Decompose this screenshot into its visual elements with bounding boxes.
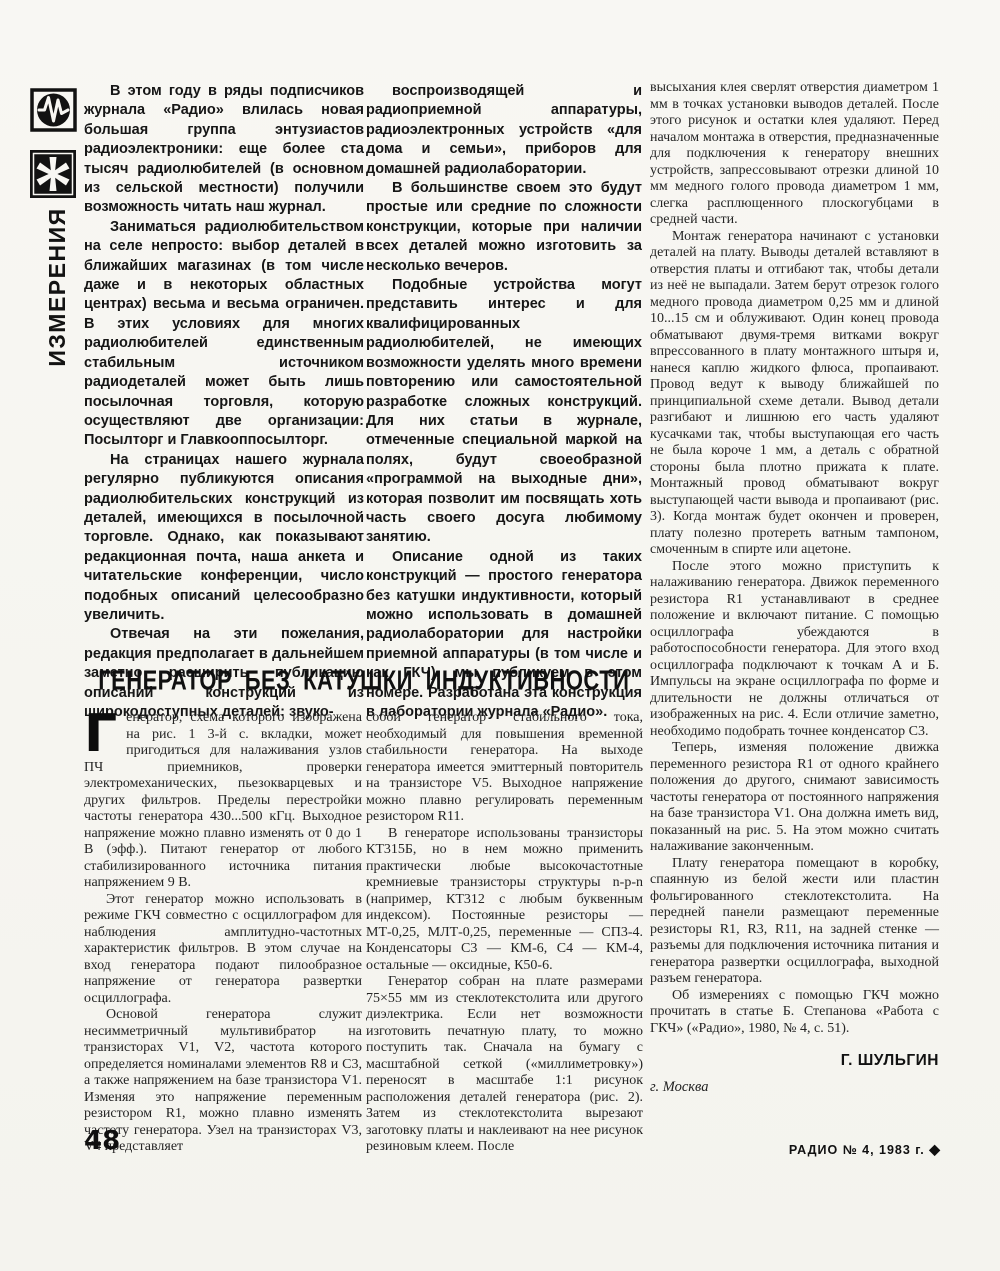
page-number: 48 [84,1126,120,1156]
paragraph: В генераторе использованы транзисторы КТ… [366,826,643,975]
paragraph: Заниматься радиолюбительством на селе не… [84,218,364,451]
intro-column-2: воспроизводящей и радиоприемной аппарату… [366,82,642,722]
magazine-page: ИЗМЕРЕНИЯ В этом году в ряды подписчиков… [0,0,1000,1271]
diamond-icon: ◆ [929,1141,940,1157]
intro-column-2-rest: В большинстве своем это будут простые ил… [366,179,642,722]
paragraph: Монтаж генератора начинают с установки д… [650,229,939,559]
paragraph: Теперь, изменяя положение движка перемен… [650,740,939,856]
article-column-1-rest: Этот генератор можно использовать в режи… [84,892,362,1156]
paragraph: Генератор собран на плате размерами 75×5… [366,974,643,1156]
intro-column-1: В этом году в ряды подписчиков журнала «… [84,82,364,722]
article-continuation-paragraph: высыхания клея сверлят отверстия диаметр… [650,80,939,229]
asterisk-icon [30,150,76,198]
paragraph: Об измерениях с помощью ГКЧ можно прочит… [650,988,939,1038]
paragraph: В этом году в ряды подписчиков журнала «… [84,82,364,218]
oscillogram-icon [30,88,77,132]
paragraph: На страницах нашего журнала регулярно пу… [84,451,364,626]
section-label: ИЗМЕРЕНИЯ [44,207,70,367]
article-column-2: собой генератор стабильного тока, необхо… [366,710,643,1156]
journal-footer-text: РАДИО № 4, 1983 г. [789,1143,925,1157]
article-continuation-paragraph: собой генератор стабильного тока, необхо… [366,710,643,826]
paragraph: Основой генератора служит несимметричный… [84,1007,362,1156]
intro-continuation-paragraph: воспроизводящей и радиоприемной аппарату… [366,82,642,179]
paragraph: Плату генератора помещают в коробку, спа… [650,856,939,988]
author-city: г. Москва [650,1079,939,1096]
article-first-paragraph: Генератор, схема которого изображена на … [84,710,362,892]
dropcap-letter: Г [84,710,126,755]
journal-footer: РАДИО № 4, 1983 г. ◆ [650,1141,940,1158]
author-signature: Г. ШУЛЬГИН [650,1053,939,1070]
article-column-2-rest: В генераторе использованы транзисторы КТ… [366,826,643,1156]
article-column-3-rest: Монтаж генератора начинают с установки д… [650,229,939,1038]
paragraph: В большинстве своем это будут простые ил… [366,179,642,276]
article-column-1: Генератор, схема которого изображена на … [84,710,362,1156]
article-title: ГЕНЕРАТОР БЕЗ КАТУШКИ ИНДУКТИВНОСТИ [84,662,644,700]
paragraph: Этот генератор можно использовать в режи… [84,892,362,1008]
paragraph: После этого можно приступить к налаживан… [650,559,939,741]
paragraph: Подобные устройства могут представить ин… [366,276,642,548]
first-paragraph-text: енератор, схема которого изображена на р… [84,710,362,890]
article-column-3: высыхания клея сверлят отверстия диаметр… [650,80,939,1095]
